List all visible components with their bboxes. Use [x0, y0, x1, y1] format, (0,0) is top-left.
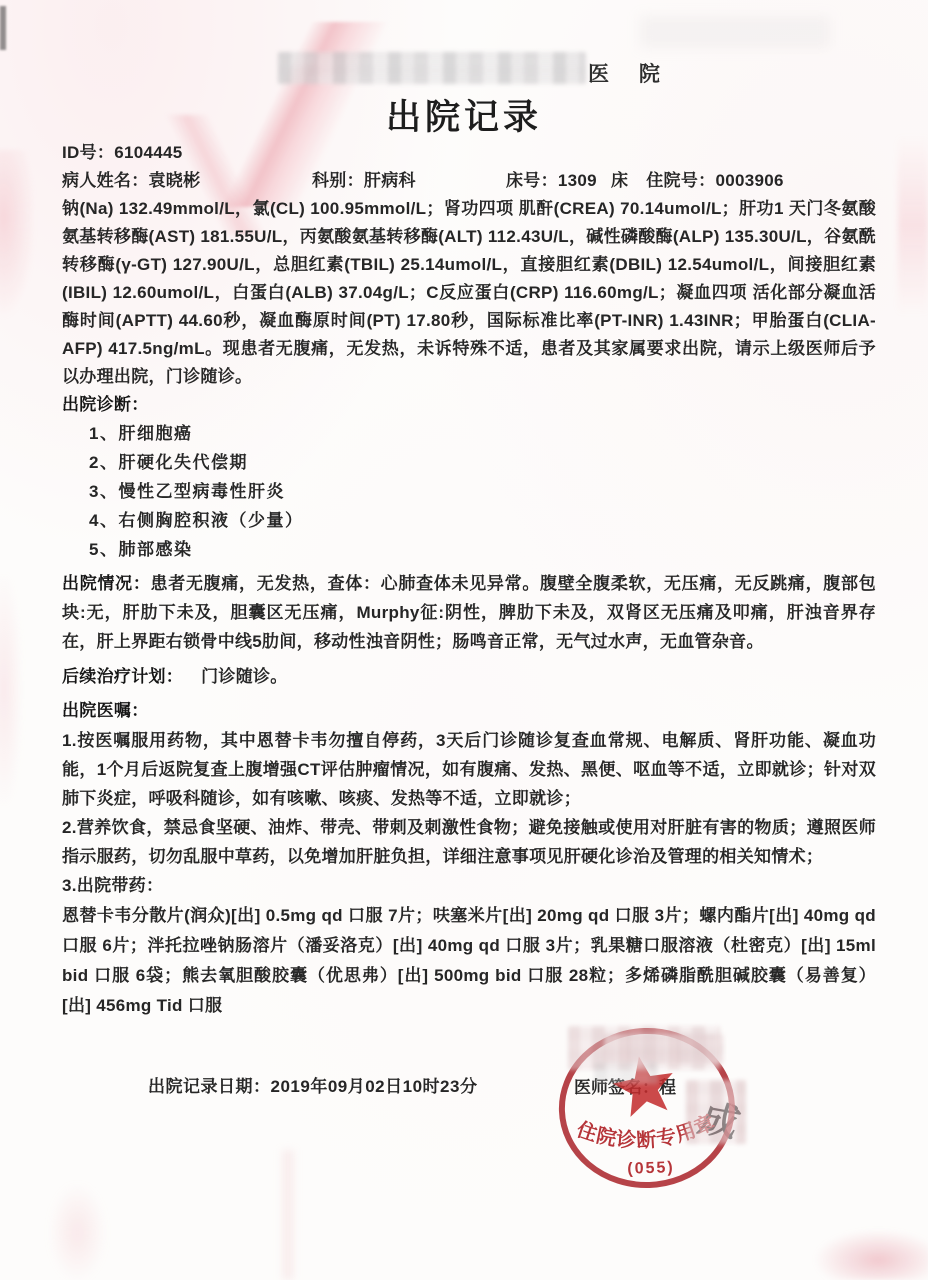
stamp-number: (055) — [627, 1159, 675, 1178]
discharge-diagnosis-label: 出院诊断： — [62, 391, 876, 419]
admission-number-value: 0003906 — [715, 171, 783, 190]
department-label: 科别： — [312, 171, 364, 190]
diagnosis-item: 5、肺部感染 — [89, 535, 876, 564]
diagnosis-item: 3、慢性乙型病毒性肝炎 — [89, 477, 876, 506]
document-body: ID号：6104445 病人姓名：袁晓彬 科别：肝病科 床号：1309床住院号：… — [62, 139, 876, 1021]
diagnosis-item: 2、肝硬化失代偿期 — [89, 448, 876, 477]
id-value: 6104445 — [114, 143, 182, 162]
scan-artifact-left-mid — [0, 575, 22, 805]
patient-info-line: 病人姓名：袁晓彬 科别：肝病科 床号：1309床住院号：0003906 — [62, 167, 876, 195]
discharge-condition-text: 患者无腹痛，无发热，查体：心肺查体未见异常。腹壁全腹柔软，无压痛，无反跳痛，腹部… — [62, 574, 876, 651]
scan-edge-mark — [0, 6, 6, 50]
record-date-value: 2019年09月02日10时23分 — [271, 1077, 478, 1096]
discharge-condition-label: 出院情况： — [62, 574, 151, 593]
discharge-condition-paragraph: 出院情况：患者无腹痛，无发热，查体：心肺查体未见异常。腹壁全腹柔软，无压痛，无反… — [62, 569, 876, 656]
scan-artifact-left-top — [0, 150, 36, 320]
patient-id-line: ID号：6104445 — [62, 139, 876, 167]
svg-text:住院诊断专用章: 住院诊断专用章 — [573, 1109, 720, 1155]
record-date-label: 出院记录日期： — [148, 1077, 271, 1096]
stamp-text: 住院诊断专用章 — [573, 1109, 720, 1155]
department-field: 科别：肝病科 — [312, 167, 506, 195]
lab-results-paragraph: 钠(Na) 132.49mmol/L，氯(CL) 100.95mmol/L；肾功… — [62, 195, 876, 391]
admission-number-label: 住院号： — [646, 171, 715, 190]
star-icon — [609, 1051, 679, 1119]
hospital-name-suffix: 医 院 — [588, 58, 672, 88]
scan-artifact-vertical — [282, 1150, 294, 1280]
patient-name-label: 病人姓名： — [62, 171, 149, 190]
followup-plan-line: 后续治疗计划：门诊随诊。 — [62, 662, 876, 692]
patient-name-value: 袁晓彬 — [149, 171, 201, 190]
bed-value: 1309 — [558, 171, 597, 190]
record-date-line: 出院记录日期：2019年09月02日10时23分 — [148, 1072, 477, 1097]
discharge-diagnosis-list: 1、肝细胞癌 2、肝硬化失代偿期 3、慢性乙型病毒性肝炎 4、右侧胸腔积液（少量… — [62, 419, 876, 564]
diagnosis-item: 4、右侧胸腔积液（少量） — [89, 506, 876, 535]
hospital-seal-stamp: 住院诊断专用章 (055) — [549, 1023, 745, 1200]
patient-name-field: 病人姓名：袁晓彬 — [62, 167, 312, 195]
hospital-name-line: 医 院 — [0, 54, 928, 88]
bed-field: 床号：1309床住院号：0003906 — [506, 167, 784, 195]
discharge-record-document: 医 院 出院记录 ID号：6104445 病人姓名：袁晓彬 科别：肝病科 床号：… — [0, 0, 928, 1280]
scan-artifact-bottom-right — [815, 1230, 928, 1280]
page-title: 出院记录 — [0, 90, 928, 140]
discharge-order-1: 1.按医嘱服用药物，其中恩替卡韦勿擅自停药，3天后门诊随诊复查血常规、电解质、肾… — [62, 726, 876, 813]
discharge-order-2: 2.营养饮食，禁忌食坚硬、油炸、带壳、带刺及刺激性食物；避免接触或使用对肝脏有害… — [62, 813, 876, 871]
diagnosis-item: 1、肝细胞癌 — [89, 419, 876, 448]
scan-artifact-top-gray — [640, 16, 830, 48]
discharge-medications-paragraph: 恩替卡韦分散片(润众)[出] 0.5mg qd 口服 7片；呋塞米片[出] 20… — [62, 901, 876, 1021]
discharge-orders-label: 出院医嘱： — [62, 696, 876, 726]
followup-plan-text: 门诊随诊。 — [201, 667, 288, 686]
followup-plan-label: 后续治疗计划： — [62, 667, 183, 686]
department-value: 肝病科 — [364, 171, 416, 190]
id-label: ID号： — [62, 143, 114, 162]
bed-unit: 床 — [611, 171, 628, 190]
bed-label: 床号： — [506, 171, 558, 190]
scan-artifact-bottom-left — [50, 1185, 105, 1280]
discharge-medications-label: 3.出院带药： — [62, 871, 876, 901]
scan-artifact-right-edge — [898, 135, 928, 315]
